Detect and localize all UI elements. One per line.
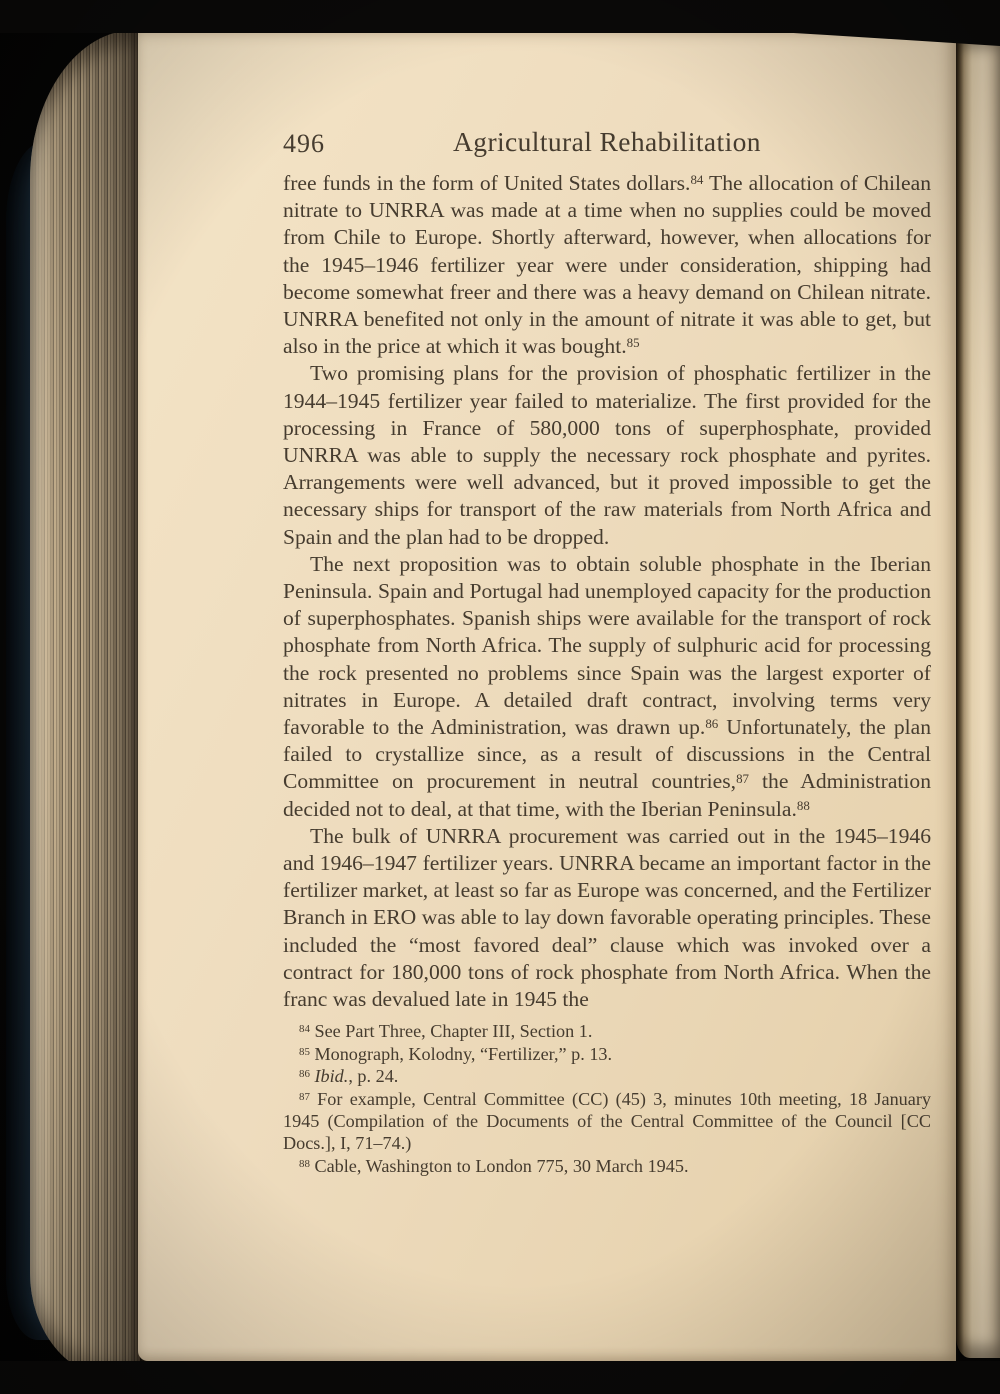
body-text: free funds in the form of United States … — [283, 170, 931, 1013]
footnote-ref: 88 — [797, 798, 810, 813]
text-run: For example, Central Committee (CC) (45)… — [283, 1089, 931, 1154]
text-run: The allocation of Chilean nitrate to UNR… — [283, 171, 931, 358]
text-run: Cable, Washington to London 775, 30 Marc… — [314, 1156, 688, 1176]
footnotes: 84 See Part Three, Chapter III, Section … — [283, 1020, 931, 1177]
background-bottom — [0, 1361, 1000, 1394]
body-paragraph: Two promising plans for the provision of… — [283, 360, 931, 550]
footnote-ref: 84 — [690, 172, 703, 187]
footnote-number: 85 — [299, 1046, 310, 1058]
footnote: 87 For example, Central Committee (CC) (… — [283, 1088, 931, 1155]
page-header: 496 Agricultural Rehabilitation — [283, 126, 931, 162]
text-run: The bulk of UNRRA procurement was carrie… — [283, 824, 931, 1011]
footnote-ref: 85 — [627, 335, 640, 350]
text-run: Ibid. — [314, 1066, 348, 1086]
page-number: 496 — [283, 129, 325, 159]
running-header: Agricultural Rehabilitation — [283, 126, 931, 158]
footnote-number: 88 — [299, 1158, 310, 1170]
footnote: 86 Ibid., p. 24. — [283, 1065, 931, 1087]
footnote-number: 86 — [299, 1068, 310, 1080]
footnote-number: 84 — [299, 1023, 310, 1035]
book-photo: 496 Agricultural Rehabilitation free fun… — [0, 0, 1000, 1394]
footnote-ref: 86 — [705, 716, 718, 731]
text-run: See Part Three, Chapter III, Section 1. — [314, 1021, 592, 1041]
text-run: The next proposition was to obtain solub… — [283, 552, 931, 739]
body-paragraph: free funds in the form of United States … — [283, 170, 931, 360]
printed-text: 496 Agricultural Rehabilitation free fun… — [283, 126, 931, 1177]
footnote-number: 87 — [299, 1091, 310, 1103]
text-run: , p. 24. — [348, 1066, 398, 1086]
body-paragraph: The bulk of UNRRA procurement was carrie… — [283, 823, 931, 1013]
facing-page-edge — [956, 36, 1000, 1358]
footnote: 85 Monograph, Kolodny, “Fertilizer,” p. … — [283, 1043, 931, 1065]
footnote: 84 See Part Three, Chapter III, Section … — [283, 1020, 931, 1042]
text-run: Monograph, Kolodny, “Fertilizer,” p. 13. — [314, 1044, 612, 1064]
text-run: free funds in the form of United States … — [283, 171, 690, 195]
body-paragraph: The next proposition was to obtain solub… — [283, 551, 931, 823]
footnote-ref: 87 — [736, 771, 749, 786]
footnote: 88 Cable, Washington to London 775, 30 M… — [283, 1155, 931, 1177]
page-edge-stack — [30, 30, 140, 1378]
text-run: Two promising plans for the provision of… — [283, 361, 931, 548]
